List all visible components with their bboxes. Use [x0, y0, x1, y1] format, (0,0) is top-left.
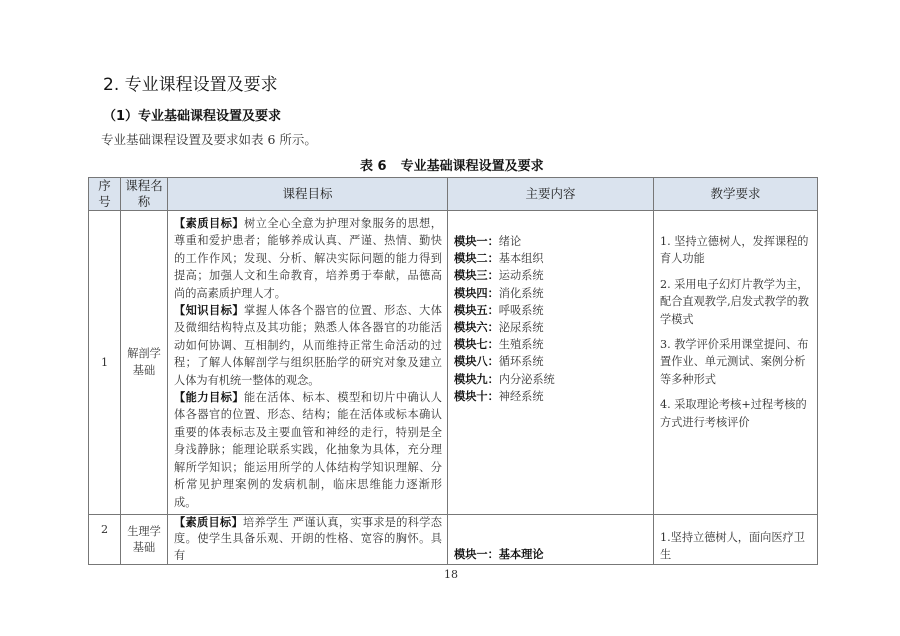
header-requirements: 教学要求	[654, 178, 818, 211]
module-item: 模块十：神经系统	[454, 388, 647, 405]
goal-knowledge: 【知识目标】掌握人体各个器官的位置、形态、大体及微细结构特点及其功能；熟悉人体各…	[174, 302, 442, 389]
module-item: 模块二：基本组织	[454, 250, 647, 267]
row-course-name: 生理学基础	[121, 514, 168, 565]
subsection-heading: （1）专业基础课程设置及要求	[103, 105, 281, 124]
goal-ability: 【能力目标】能在活体、标本、模型和切片中确认人体各器官的位置、形态、结构；能在活…	[174, 389, 442, 511]
header-index: 序号	[89, 178, 121, 211]
module-item: 模块六：泌尿系统	[454, 319, 647, 336]
header-content: 主要内容	[448, 178, 654, 211]
module-item: 模块九：内分泌系统	[454, 371, 647, 388]
page-number: 18	[444, 568, 458, 581]
module-item: 模块五：呼吸系统	[454, 302, 647, 319]
module-item: 模块八：循环系统	[454, 353, 647, 370]
course-table: 序号 课程名称 课程目标 主要内容 教学要求 1 解剖学基础 【素质目标】树立全…	[88, 177, 818, 565]
row-modules: 模块一：绪论 模块二：基本组织 模块三：运动系统 模块四：消化系统 模块五：呼吸…	[448, 211, 654, 515]
module-item: 模块一：基本理论	[454, 546, 647, 563]
row-course-name: 解剖学基础	[121, 211, 168, 515]
table-caption: 表 6专业基础课程设置及要求	[360, 155, 544, 174]
row-index: 1	[89, 211, 121, 515]
row-requirements: 1.坚持立德树人，面向医疗卫生	[654, 514, 818, 565]
row-goals: 【素质目标】树立全心全意为护理对象服务的思想，尊重和爱护患者；能够养成认真、严谨…	[168, 211, 448, 515]
requirement-item: 4. 采取理论考核+过程考核的方式进行考核评价	[660, 396, 811, 431]
requirement-item: 2. 采用电子幻灯片教学为主，配合直观教学,启发式教学的教学模式	[660, 276, 811, 328]
row-goals: 【素质目标】培养学生 严谨认真，实事求是的科学态度。使学生具备乐观、开朗的性格、…	[168, 514, 448, 565]
header-course-name: 课程名称	[121, 178, 168, 211]
module-item: 模块三：运动系统	[454, 267, 647, 284]
table-header-row: 序号 课程名称 课程目标 主要内容 教学要求	[89, 178, 818, 211]
section-heading: 2. 专业课程设置及要求	[103, 70, 278, 95]
goal-quality: 【素质目标】培养学生 严谨认真，实事求是的科学态度。使学生具备乐观、开朗的性格、…	[174, 515, 442, 565]
row-index: 2	[89, 514, 121, 565]
table-number: 表 6	[360, 159, 387, 174]
requirement-item: 1.坚持立德树人，面向医疗卫生	[660, 529, 811, 564]
row-modules: 模块一：基本理论	[448, 514, 654, 565]
table-row: 2 生理学基础 【素质目标】培养学生 严谨认真，实事求是的科学态度。使学生具备乐…	[89, 514, 818, 565]
requirement-item: 1. 坚持立德树人，发挥课程的育人功能	[660, 233, 811, 268]
requirement-item: 3. 教学评价采用课堂提问、布置作业、单元测试、案例分析等多种形式	[660, 336, 811, 388]
module-item: 模块四：消化系统	[454, 285, 647, 302]
table-row: 1 解剖学基础 【素质目标】树立全心全意为护理对象服务的思想，尊重和爱护患者；能…	[89, 211, 818, 515]
module-item: 模块一：绪论	[454, 233, 647, 250]
module-item: 模块七：生殖系统	[454, 336, 647, 353]
goal-quality: 【素质目标】树立全心全意为护理对象服务的思想，尊重和爱护患者；能够养成认真、严谨…	[174, 215, 442, 302]
row-requirements: 1. 坚持立德树人，发挥课程的育人功能 2. 采用电子幻灯片教学为主，配合直观教…	[654, 211, 818, 515]
table-title: 专业基础课程设置及要求	[401, 159, 544, 174]
intro-paragraph: 专业基础课程设置及要求如表 6 所示。	[101, 130, 317, 148]
header-goals: 课程目标	[168, 178, 448, 211]
